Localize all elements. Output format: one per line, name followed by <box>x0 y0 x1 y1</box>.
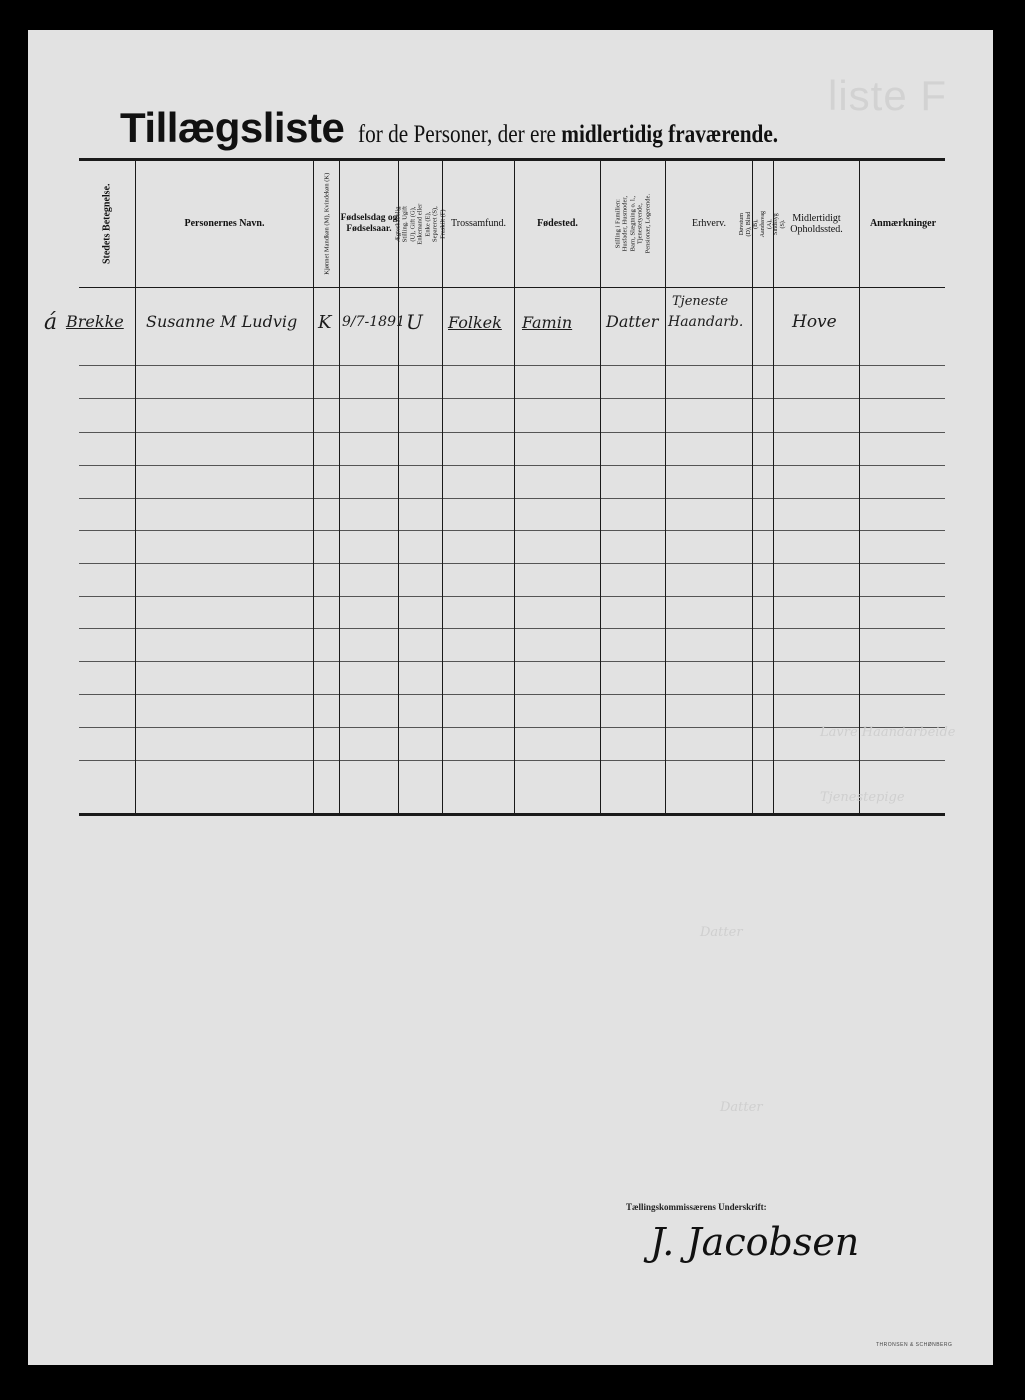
cell-trossamfund: Folkek <box>448 313 502 332</box>
header-midlertidigt-opholdssted: Midlertidigt Opholdssted. <box>774 161 859 287</box>
header-fodselsdag: Fødselsdag og Fødselsaar. <box>340 161 398 287</box>
row-rule <box>79 760 945 761</box>
header-aegteskabelig-stilling: Ægteskabelig Stilling. Ugift (U), Gift (… <box>399 161 442 287</box>
header-kjonnet: Kjønnet Mandkøn (M), Kvindekøn (K) <box>314 161 339 287</box>
cell-kjonnet: K <box>318 312 331 333</box>
cell-opholdssted: Hove <box>792 312 837 332</box>
form-title-sub: for de Personer, der ere midlertidig fra… <box>358 121 778 149</box>
signature: J. Jacobsen <box>650 1220 859 1264</box>
bleed-through-handwriting: Datter <box>700 925 743 940</box>
cell-erhverv-line1: Tjeneste <box>672 294 728 309</box>
row-rule <box>79 465 945 466</box>
header-personernes-navn: Personernes Navn. <box>136 161 313 287</box>
header-stedets-betegnelse: Stedets Betegnelse. <box>79 161 135 287</box>
form-title: Tillægsliste for de Personer, der ere mi… <box>120 104 853 152</box>
row-rule <box>79 596 945 597</box>
row-rule <box>79 727 945 728</box>
bleed-through-handwriting: Lavre Haandarbeide <box>820 725 955 740</box>
signature-label: Tællingskommissærens Underskrift: <box>626 1202 767 1212</box>
cell-personernes-navn: Susanne M Ludvig <box>146 312 297 331</box>
row-rule <box>79 661 945 662</box>
header-fodested: Fødested. <box>515 161 600 287</box>
row-marker: á <box>44 310 57 335</box>
row-rule <box>79 365 945 366</box>
header-trossamfund: Trossamfund. <box>443 161 514 287</box>
cell-fodselsdag: 9/7-1891 <box>342 314 405 330</box>
cell-fodested: Famin <box>522 313 572 332</box>
header-dovstum: Døvstum (D), Blind (B), Aandssvag (A), S… <box>753 161 773 287</box>
row-rule <box>79 694 945 695</box>
header-bottom-rule <box>79 287 945 288</box>
table-bottom-rule <box>79 813 945 816</box>
bleed-through-handwriting: Datter <box>720 1100 763 1115</box>
printer-mark: THRONSEN & SCHØNBERG <box>876 1342 952 1348</box>
cell-stedets-betegnelse: Brekke <box>66 312 124 331</box>
row-rule <box>79 530 945 531</box>
bleed-through-handwriting: Tjenestepige <box>820 790 905 805</box>
row-rule <box>79 628 945 629</box>
form-title-main: Tillægsliste <box>120 104 344 151</box>
row-rule <box>79 398 945 399</box>
row-rule <box>79 498 945 499</box>
header-anmaerkninger: Anmærkninger <box>860 161 946 287</box>
cell-aegteskabelig-stilling: U <box>406 310 423 334</box>
cell-erhverv-line2: Haandarb. <box>668 314 743 330</box>
row-rule <box>79 563 945 564</box>
cell-stilling-i-familien: Datter <box>606 312 658 331</box>
row-rule <box>79 432 945 433</box>
header-stilling-i-familien: Stilling i Familien: Husfader, Husmoder,… <box>601 161 665 287</box>
